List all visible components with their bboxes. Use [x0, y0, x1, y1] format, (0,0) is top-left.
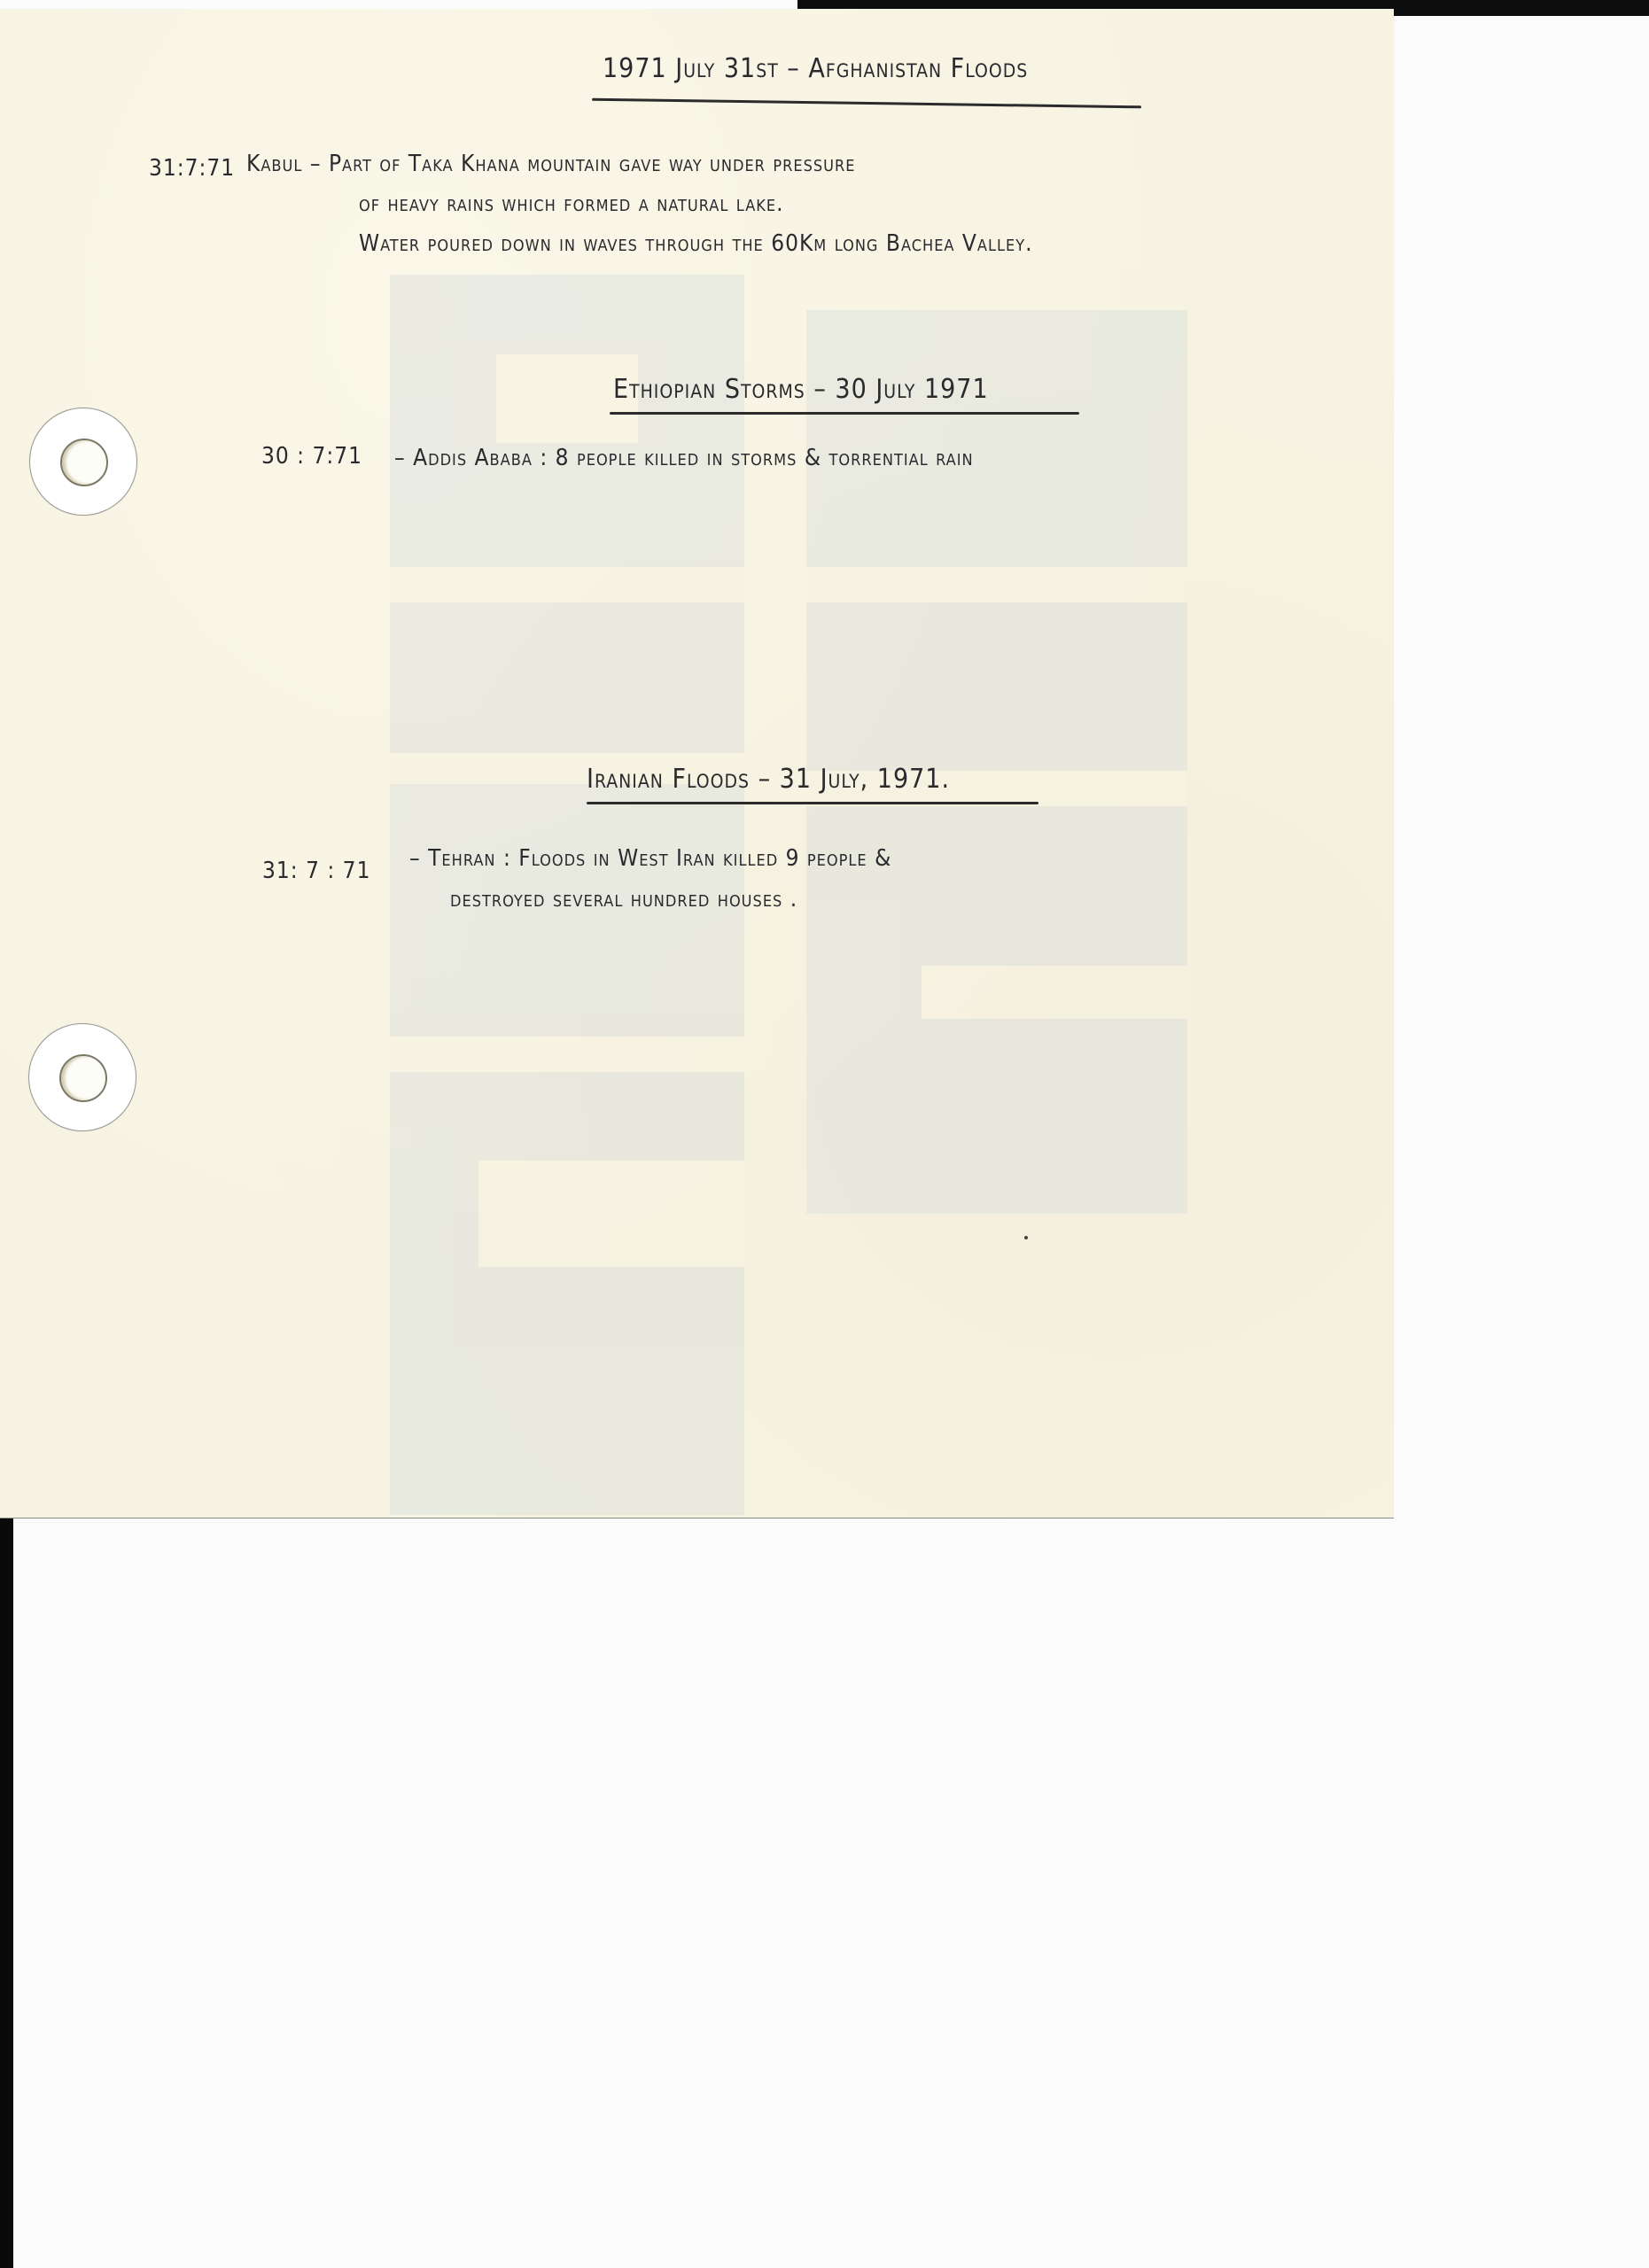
scrapbook-page: 1971 July 31st – Afghanistan Floods 31:7…	[0, 9, 1394, 1518]
entry-line: Water poured down in waves through the 6…	[359, 230, 1033, 257]
entry-line: destroyed several hundred houses .	[450, 886, 797, 913]
entry-date: 30 : 7:71	[261, 443, 362, 470]
entry-line: Kabul – Part of Taka Khana mountain gave…	[246, 151, 856, 177]
heading-underline	[610, 412, 1079, 415]
section-heading-ethiopia: Ethiopian Storms – 30 July 1971	[613, 374, 989, 405]
punch-hole-reinforcement-bottom	[28, 1023, 136, 1131]
entry-date: 31: 7 : 71	[262, 858, 370, 884]
scanner-edge-left	[0, 1517, 13, 2268]
ink-speck	[1024, 1236, 1028, 1239]
heading-underline	[592, 98, 1141, 109]
section-heading-iran: Iranian Floods – 31 July, 1971.	[587, 764, 950, 795]
heading-underline	[587, 802, 1038, 804]
entry-line: – Addis Ababa : 8 people killed in storm…	[394, 445, 974, 471]
entry-date: 31:7:71	[149, 155, 235, 182]
entry-line: of heavy rains which formed a natural la…	[359, 190, 784, 217]
entry-line: – Tehran : Floods in West Iran killed 9 …	[409, 845, 891, 872]
punch-hole-reinforcement-top	[29, 408, 137, 516]
section-heading-afghanistan: 1971 July 31st – Afghanistan Floods	[603, 53, 1028, 84]
